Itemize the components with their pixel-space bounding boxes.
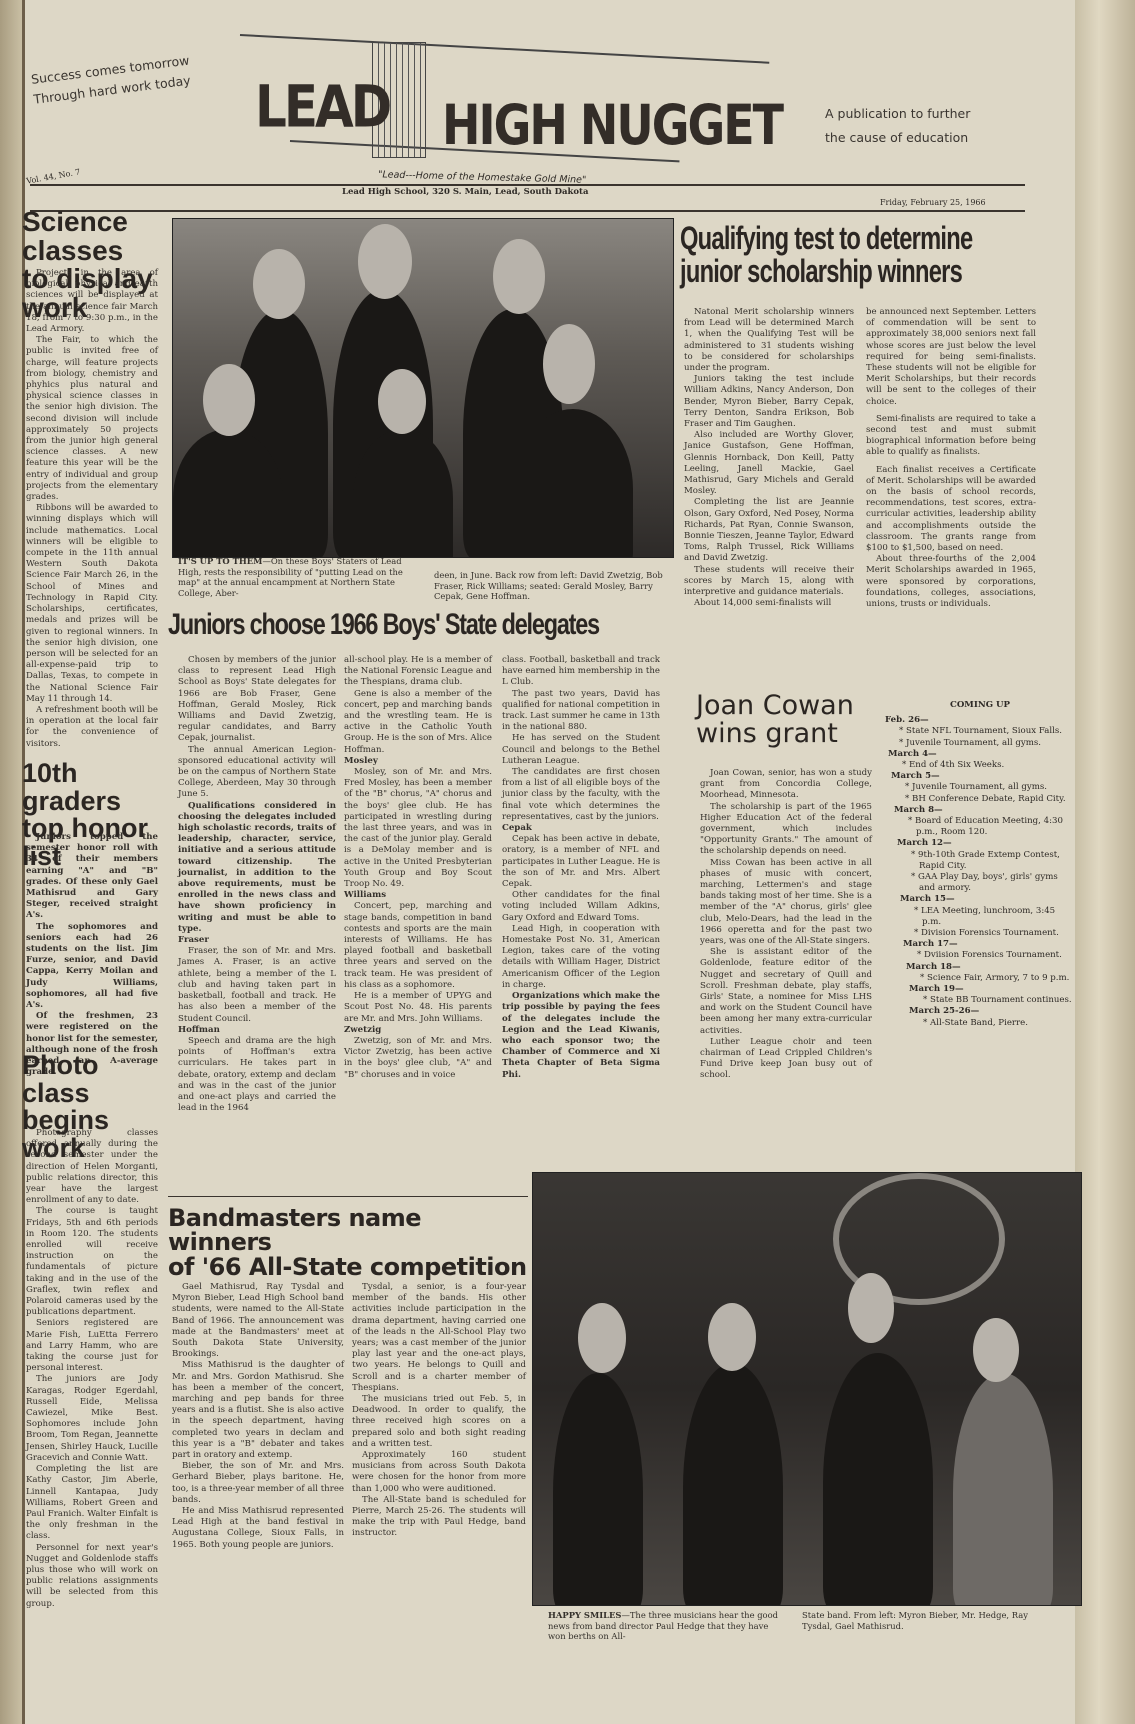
boys-state-caption-1: IT'S UP TO THEM—On these Boys' Staters o… <box>178 556 413 598</box>
science-para: Projects in the area of biological, phys… <box>26 268 158 335</box>
event-item: * Dviision Forensics Tournament. <box>903 950 1075 961</box>
band-photo <box>532 1172 1082 1606</box>
subhead: Cepak <box>502 823 660 834</box>
paragraph: Other candidates for the final voting in… <box>502 890 660 924</box>
science-headline-1: Science classes <box>22 208 162 265</box>
masthead-tagline: A publication to further the cause of ed… <box>825 102 970 150</box>
photo-class-para: Personnel for next year's Nugget and Gol… <box>26 1543 158 1610</box>
bold-para: Organizations which make the trip possib… <box>502 991 660 1081</box>
tagline-line-1: A publication to further <box>825 102 970 126</box>
subhead: Zwetzig <box>344 1025 492 1036</box>
cowan-para: Miss Cowan has been active in all phases… <box>700 858 872 948</box>
event-item: * 9th-10th Grade Extemp Contest, Rapid C… <box>897 850 1075 872</box>
coming-up-title: COMING UP <box>885 700 1075 711</box>
merit-para: Juniors taking the test include William … <box>684 374 854 430</box>
paragraph: Zwetzig, son of Mr. and Mrs. Victor Zwet… <box>344 1036 492 1081</box>
masthead-rule-2 <box>30 210 1025 212</box>
merit-para: Semi-finalists are required to take a se… <box>866 414 1036 459</box>
event-item: * State BB Tournament continues. <box>909 995 1075 1006</box>
person-silhouette <box>953 1373 1053 1606</box>
merit-para: About 14,000 semi-finalists will <box>684 598 854 609</box>
continued-para: all-school play. He is a member of the N… <box>344 655 492 689</box>
boys-state-photo <box>172 218 674 558</box>
boys-state-caption-2: deen, in June. Back row from left: David… <box>434 570 669 602</box>
merit-para: About three-fourths of the 2,004 Merit S… <box>866 554 1036 610</box>
bold-para: Qualifications considered in choosing th… <box>178 801 336 935</box>
paragraph: Gene is also a member of the concert, pe… <box>344 689 492 756</box>
paragraph: Fraser, the son of Mr. and Mrs. James A.… <box>178 946 336 1024</box>
merit-col-1: Natonal Merit scholarship winners from L… <box>684 307 854 609</box>
photo-class-para: Completing the list are Kathy Castor, Ji… <box>26 1464 158 1542</box>
science-body: Projects in the area of biological, phys… <box>26 268 158 750</box>
face <box>708 1303 756 1371</box>
photo-class-para: The juniors are Jody Karagas, Rodger Ege… <box>26 1374 158 1464</box>
nameplate-high-nugget: HIGH NUGGET <box>442 93 782 158</box>
subhead: Williams <box>344 890 492 901</box>
merit-headline-2: junior scholarship winners <box>680 255 1006 288</box>
merit-para: Each finalist receives a Certificate of … <box>866 465 1036 555</box>
face <box>253 249 305 319</box>
merit-headline: Qualifying test to determine junior scho… <box>680 222 1006 287</box>
band-para: Miss Mathisrud is the daughter of Mr. an… <box>172 1360 344 1461</box>
band-caption-1: HAPPY SMILES—The three musicians hear th… <box>548 1610 788 1642</box>
band-para: Tysdal, a senior, is a four-year member … <box>352 1282 526 1394</box>
face <box>848 1273 894 1343</box>
person-silhouette <box>683 1363 783 1606</box>
band-para: He and Miss Mathisrud represented Lead H… <box>172 1506 344 1551</box>
band-headline-2: of '66 All-State competition <box>168 1255 528 1279</box>
tagline-line-2: the cause of education <box>825 126 970 150</box>
cowan-headline-1: Joan Cowan <box>696 692 876 720</box>
band-col-1: Gael Mathisrud, Ray Tysdal and Myron Bie… <box>172 1282 344 1551</box>
band-headline: Bandmasters name winners of '66 All-Stat… <box>168 1206 528 1279</box>
paragraph: Lead High, in cooperation with Homestake… <box>502 924 660 991</box>
paragraph: Speech and drama are the high points of … <box>178 1036 336 1114</box>
page-edge <box>1075 0 1135 1724</box>
band-para: The musicians tried out Feb. 5, in Deadw… <box>352 1394 526 1450</box>
paragraph: He is a member of UPYG and Scout Post No… <box>344 991 492 1025</box>
band-col-2: Tysdal, a senior, is a four-year member … <box>352 1282 526 1540</box>
event-date: March 17— <box>885 939 1075 950</box>
section-rule <box>168 1196 528 1197</box>
paragraph: The annual American Legion-sponsored edu… <box>178 745 336 801</box>
photo-class-headline-1: Photo class <box>22 1052 162 1107</box>
event-date: March 25-26— <box>885 1006 1075 1017</box>
event-item: * Science Fair, Armory, 7 to 9 p.m. <box>906 973 1075 984</box>
face <box>578 1303 626 1373</box>
boys-state-col-1: Chosen by members of the junior class to… <box>178 655 336 1114</box>
face <box>358 224 412 299</box>
honor-para: Juniors topped the semester honor roll w… <box>26 832 158 922</box>
binding-spine <box>0 0 22 1724</box>
cowan-para: The scholarship is part of the 1965 High… <box>700 802 872 858</box>
person-silhouette <box>513 409 633 558</box>
coming-up-list: Feb. 26—* State NFL Tournament, Sioux Fa… <box>885 715 1075 1029</box>
science-para: The Fair, to which the public is invited… <box>26 335 158 503</box>
boys-state-col-3: class. Football, basketball and track ha… <box>502 655 660 1081</box>
band-caption-2: State band. From left: Myron Bieber, Mr.… <box>802 1610 1052 1631</box>
caption-lead: IT'S UP TO THEM <box>178 556 262 566</box>
face <box>973 1318 1019 1382</box>
event-date: March 19— <box>885 984 1075 995</box>
paragraph: Mosley, son of Mr. and Mrs. Fred Mosley,… <box>344 767 492 890</box>
event-date: March 4— <box>885 749 1075 760</box>
issue-date: Friday, February 25, 1966 <box>880 198 986 207</box>
merit-para: Natonal Merit scholarship winners from L… <box>684 307 854 374</box>
band-para: The All-State band is scheduled for Pier… <box>352 1495 526 1540</box>
honor-body: Juniors topped the semester honor roll w… <box>26 832 158 1078</box>
face <box>378 369 426 434</box>
event-item: * Juvenile Tournament, all gyms. <box>885 738 1075 749</box>
nameplate-lead: LEAD <box>255 74 389 141</box>
cowan-para: Luther League choir and teen chairman of… <box>700 1037 872 1082</box>
person-silhouette <box>353 429 453 558</box>
coming-up-calendar: COMING UP Feb. 26—* State NFL Tournament… <box>885 700 1075 1029</box>
subhead: Mosley <box>344 756 492 767</box>
event-date: March 12— <box>885 838 1075 849</box>
paragraph: Cepak has been active in debate, oratory… <box>502 834 660 890</box>
event-date: Feb. 26— <box>885 715 1075 726</box>
boys-state-headline: Juniors choose 1966 Boys' State delegate… <box>168 610 558 641</box>
band-para: Bieber, the son of Mr. and Mrs. Gerhard … <box>172 1461 344 1506</box>
photo-class-body: Photography classes offered annually dur… <box>26 1128 158 1610</box>
merit-headline-1: Qualifying test to determine <box>680 222 1006 255</box>
masthead-rule <box>30 184 1025 186</box>
person-silhouette <box>553 1373 643 1606</box>
paragraph: The past two years, David has qualified … <box>502 689 660 734</box>
event-item: * End of 4th Six Weeks. <box>888 760 1075 771</box>
paragraph: He has served on the Student Council and… <box>502 733 660 767</box>
cowan-headline: Joan Cowan wins grant <box>696 692 876 747</box>
event-date: March 8— <box>885 805 1075 816</box>
cowan-para: She is assistant editor of the Goldenlod… <box>700 947 872 1037</box>
event-date: March 18— <box>885 962 1075 973</box>
subhead: Fraser <box>178 935 336 946</box>
band-para: Gael Mathisrud, Ray Tysdal and Myron Bie… <box>172 1282 344 1360</box>
event-item: * Division Forensics Tournament. <box>900 928 1075 939</box>
cowan-headline-2: wins grant <box>696 720 876 748</box>
event-item: * Board of Education Meeting, 4:30 p.m.,… <box>894 816 1075 838</box>
photo-class-para: The course is taught Fridays, 5th and 6t… <box>26 1206 158 1318</box>
photo-class-para: Photography classes offered annually dur… <box>26 1128 158 1206</box>
merit-para: Completing the list are Jeannie Olson, G… <box>684 497 854 564</box>
merit-para: Also included are Worthy Glover, Janice … <box>684 430 854 497</box>
band-headline-1: Bandmasters name winners <box>168 1206 528 1255</box>
cowan-para: Joan Cowan, senior, has won a study gran… <box>700 768 872 802</box>
school-address: Lead High School, 320 S. Main, Lead, Sou… <box>342 187 589 197</box>
science-para: A refreshment booth will be in operation… <box>26 705 158 750</box>
person-silhouette <box>823 1353 933 1606</box>
person-silhouette <box>173 429 283 558</box>
cowan-body: Joan Cowan, senior, has won a study gran… <box>700 768 872 1082</box>
honor-para: The sophomores and seniors each had 26 s… <box>26 922 158 1012</box>
boys-state-col-2: all-school play. He is a member of the N… <box>344 655 492 1081</box>
face <box>493 239 545 314</box>
paragraph: The candidates are first chosen from a l… <box>502 767 660 823</box>
event-item: * State NFL Tournament, Sioux Falls. <box>885 726 1075 737</box>
continued-para: class. Football, basketball and track ha… <box>502 655 660 689</box>
merit-para: These students will receive their scores… <box>684 565 854 599</box>
science-para: Ribbons will be awarded to winning displ… <box>26 503 158 705</box>
event-date: March 15— <box>885 894 1075 905</box>
photo-class-para: Seniors registered are Marie Fish, LuEtt… <box>26 1318 158 1374</box>
event-item: * Juvenile Tournament, all gyms. <box>891 782 1075 793</box>
caption-lead: HAPPY SMILES <box>548 1610 621 1620</box>
subhead: Hoffman <box>178 1025 336 1036</box>
honor-headline-1: 10th graders <box>22 760 162 815</box>
event-item: * GAA Play Day, boys', girls' gyms and a… <box>897 872 1075 894</box>
face <box>203 364 255 436</box>
event-item: * LEA Meeting, lunchroom, 3:45 p.m. <box>900 906 1075 928</box>
merit-col-2: be announced next September. Letters of … <box>866 307 1036 610</box>
face <box>543 324 595 404</box>
merit-para: be announced next September. Letters of … <box>866 307 1036 408</box>
paragraph: Chosen by members of the junior class to… <box>178 655 336 745</box>
event-date: March 5— <box>885 771 1075 782</box>
band-para: Approximately 160 student musicians from… <box>352 1450 526 1495</box>
event-item: * BH Conference Debate, Rapid City. <box>891 794 1075 805</box>
event-item: * All-State Band, Pierre. <box>909 1018 1075 1029</box>
paragraph: Concert, pep, marching and stage bands, … <box>344 901 492 991</box>
